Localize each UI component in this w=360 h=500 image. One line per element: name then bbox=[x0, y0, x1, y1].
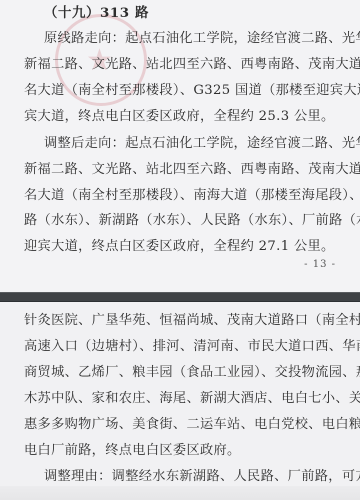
reason-line: 调整理由：调整经水东新湖路、人民路、厂前路，可方便水 bbox=[44, 469, 340, 485]
adjusted-route-line: 路（水东）、新湖路（水东）、人民路（水东）、厂前路（水东）、 bbox=[24, 213, 340, 229]
stops-line: 商贸城、乙烯厂、粮丰园（食品工业园）、交投物流园、那楼转盘、 bbox=[24, 365, 340, 381]
document-page-13: ★ （十九）313 路 原线路走向：起点石油化工学院，途经官渡二路、光华路、 新… bbox=[0, 0, 360, 292]
adjusted-route-line: 调整后走向：起点石油化工学院，途经官渡二路、光华路、 bbox=[44, 136, 340, 152]
stops-line: 针灸医院、广垦华苑、恒福尚城、茂南大道路口（南全村）、沈海 bbox=[24, 313, 340, 329]
adjusted-route-line: 新福二路、文光路、站北四至六路、西粤南路、茂南大道东、茂 bbox=[24, 162, 340, 178]
adjusted-route-line: 迎宾大道，终点白区委区政府，全程约 27.1 公里。 bbox=[24, 239, 340, 255]
stops-line: 电白厂前路，终点电白区委区政府。 bbox=[24, 443, 340, 459]
stops-line: 高速入口（边塘村）、排河、清河南、市民大道口西、华南（茂名） bbox=[24, 339, 340, 355]
page-number: - 13 - bbox=[304, 259, 336, 270]
page-bottom-edge bbox=[0, 486, 360, 500]
original-route-line: 宾大道，终点电白区委区政府，全程约 25.3 公里。 bbox=[24, 109, 340, 125]
stops-line: 木苏中队、家和农庄、海尾、新湖大酒店、电白七小、关草田、 bbox=[24, 391, 340, 407]
original-route-line: 原线路走向：起点石油化工学院，途经官渡二路、光华路、 bbox=[44, 31, 340, 47]
original-route-line: 名大道（南全村至那楼段）、G325 国道（那楼至迎宾大道段）、迎 bbox=[24, 83, 340, 99]
adjusted-route-line: 名大道（南全村至那楼段）、南海大道（那楼至海尾段）、新湖二 bbox=[24, 188, 340, 204]
document-page-14: 针灸医院、广垦华苑、恒福尚城、茂南大道路口（南全村）、沈海 高速入口（边塘村）、… bbox=[0, 302, 360, 500]
page-separator bbox=[0, 292, 360, 302]
original-route-line: 新福二路、文光路、站北四至六路、西粤南路、茂南大道东、茂 bbox=[24, 57, 340, 73]
stops-line: 惠多多购物广场、美食街、二运车站、电白党校、电白粮食局、 bbox=[24, 417, 340, 433]
section-heading: （十九）313 路 bbox=[44, 5, 360, 21]
